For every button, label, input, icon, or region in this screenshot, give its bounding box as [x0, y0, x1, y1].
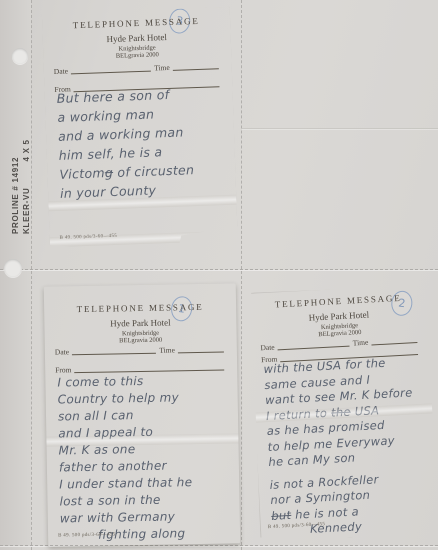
print-code: B 49. 500 pds/3-60—455 — [60, 234, 118, 241]
time-label: Time — [353, 338, 369, 348]
note-letterhead: TELEPHONE MESSAGE Hyde Park Hotel Knight… — [44, 301, 237, 345]
pocket-seam-vertical — [241, 0, 242, 550]
brand-line-1: PROLINE # 14912 — [10, 139, 21, 234]
date-label: Date — [260, 343, 275, 353]
handwritten-message: But here a son of a working man and a wo… — [56, 83, 232, 203]
letterhead-title: TELEPHONE MESSAGE — [44, 301, 236, 314]
stitch-line-left — [31, 0, 32, 550]
date-label: Date — [54, 66, 68, 75]
time-label: Time — [159, 345, 175, 354]
date-time-row: Date Time — [55, 344, 227, 357]
sleeve-brand-imprint: PROLINE # 14912 KLEER-VU4 X 5 — [10, 139, 32, 234]
line-pre: Victom — [59, 165, 105, 182]
handwritten-message: with the USA for the same cause and I wa… — [263, 354, 436, 540]
brand-product: KLEER-VU — [22, 188, 31, 235]
time-label: Time — [154, 63, 170, 73]
date-label: Date — [55, 347, 69, 356]
empty-pocket-edge — [242, 128, 438, 129]
struck-word: the — [331, 404, 351, 419]
line-post: he is not a — [291, 504, 359, 522]
line-post: of circusten — [113, 162, 195, 180]
date-rule — [71, 63, 152, 75]
note-letterhead: TELEPHONE MESSAGE Hyde Park Hotel Knight… — [42, 15, 231, 63]
time-rule — [173, 60, 219, 71]
line-post: USA — [350, 403, 379, 418]
date-rule — [72, 345, 156, 355]
line-pre: I return to — [266, 405, 332, 422]
brand-line-2: KLEER-VU4 X 5 — [21, 139, 32, 234]
time-rule — [371, 334, 417, 345]
date-time-row: Date Time — [54, 60, 222, 76]
binder-hole-top — [12, 48, 28, 64]
letterhead-title: TELEPHONE MESSAGE — [42, 15, 230, 32]
time-rule — [178, 344, 224, 354]
handwriting-line: fighting along — [98, 524, 236, 543]
archival-sleeve-page: PROLINE # 14912 KLEER-VU4 X 5 3 TELEPHON… — [0, 0, 438, 550]
handwritten-message: I come to this Country to help my son al… — [57, 371, 236, 544]
pocket-seam-horizontal — [0, 269, 438, 270]
telephone-message-note-3: 3 TELEPHONE MESSAGE Hyde Park Hotel Knig… — [42, 7, 238, 257]
telephone-message-note-2: 2 TELEPHONE MESSAGE Hyde Park Hotel Knig… — [248, 283, 438, 542]
binder-hole-middle — [4, 259, 22, 277]
struck-word: but — [271, 507, 292, 522]
hotel-name: Hyde Park Hotel — [44, 316, 236, 329]
brand-size: 4 X 5 — [22, 139, 31, 161]
from-label: From — [55, 365, 71, 374]
telephone-message-note-1: 1 TELEPHONE MESSAGE Hyde Park Hotel Knig… — [44, 283, 241, 546]
print-code: B 49. 500 pds/3-60—455 — [58, 532, 116, 538]
